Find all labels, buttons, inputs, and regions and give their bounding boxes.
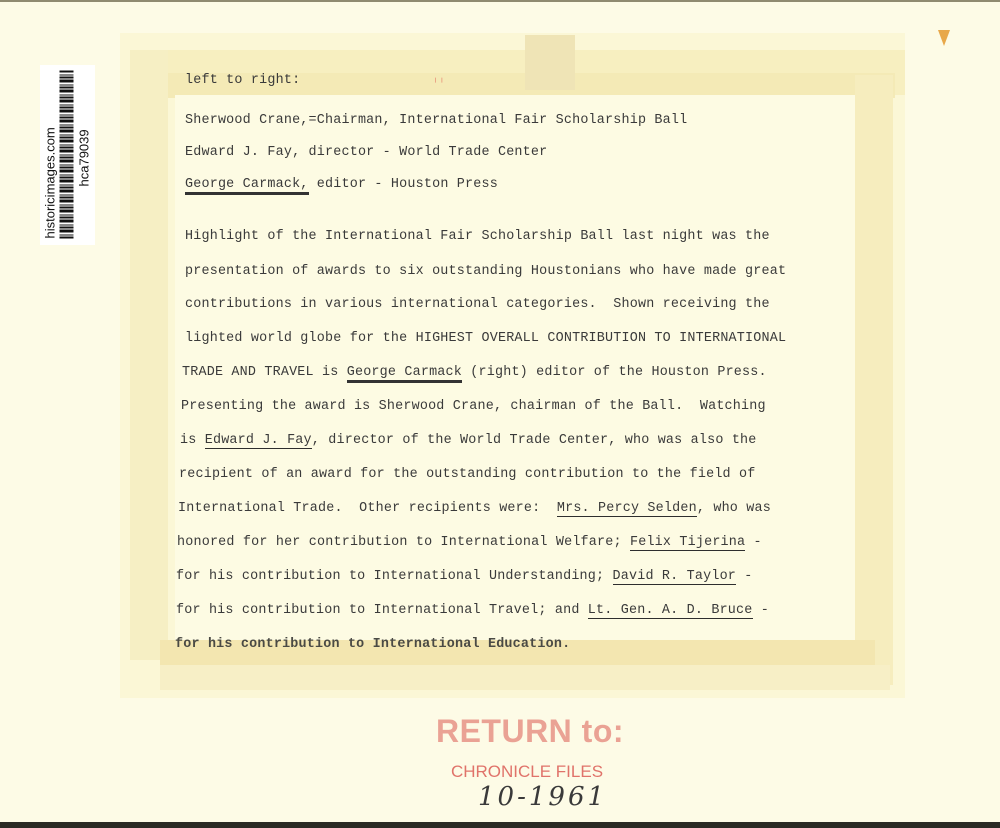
underlined-name: Mrs. Percy Selden: [557, 501, 697, 517]
body-line: presentation of awards to six outstandin…: [185, 264, 786, 279]
chronicle-files-stamp: CHRONICLE FILES: [27, 762, 1000, 782]
body-line: Highlight of the International Fair Scho…: [185, 229, 770, 244]
red-pencil-mark-icon: ᛧᛧ: [432, 72, 445, 85]
underlined-name: George Carmack,: [185, 177, 309, 195]
body-line: recipient of an award for the outstandin…: [179, 467, 756, 482]
tape-strip-left: [130, 50, 168, 660]
bottom-edge: [0, 822, 1000, 828]
underlined-name: David R. Taylor: [613, 569, 737, 585]
people-line-1: Sherwood Crane,=Chairman, International …: [185, 113, 687, 128]
underlined-name: Felix Tijerina: [630, 535, 745, 551]
underlined-name: George Carmack: [347, 365, 462, 383]
people-line-2: Edward J. Fay, director - World Trade Ce…: [185, 145, 547, 160]
body-line: honored for her contribution to Internat…: [177, 535, 762, 550]
body-line: TRADE AND TRAVEL is George Carmack (righ…: [182, 365, 767, 380]
tape-strip-bottom-outer: [160, 665, 890, 690]
underlined-name: Lt. Gen. A. D. Bruce: [588, 603, 753, 619]
body-line: lighted world globe for the HIGHEST OVER…: [185, 331, 786, 346]
caption-intro: left to right:: [185, 73, 300, 88]
label-site-text: historicimages.com: [43, 127, 58, 238]
top-edge: [0, 0, 1000, 2]
body-line: for his contribution to International Ed…: [175, 637, 570, 652]
tape-piece-center: [525, 35, 575, 90]
archive-label-sticker: historicimages.com hca79039: [40, 65, 95, 245]
return-stamp: RETURN to:: [30, 713, 1000, 750]
body-line: is Edward J. Fay, director of the World …: [180, 433, 757, 448]
underlined-name: Edward J. Fay: [205, 433, 312, 449]
body-line: contributions in various international c…: [185, 297, 770, 312]
body-line: Presenting the award is Sherwood Crane, …: [181, 399, 766, 414]
body-line: International Trade. Other recipients we…: [178, 501, 771, 516]
body-line: for his contribution to International Un…: [176, 569, 753, 584]
body-line: for his contribution to International Tr…: [176, 603, 769, 618]
tape-strip-right: [855, 75, 893, 685]
people-line-3: George Carmack, editor - Houston Press: [185, 177, 498, 192]
label-id-text: hca79039: [77, 129, 92, 186]
barcode-icon: [60, 71, 74, 239]
orange-stain-icon: [938, 30, 950, 46]
handwritten-date: 10-1961: [478, 782, 607, 812]
